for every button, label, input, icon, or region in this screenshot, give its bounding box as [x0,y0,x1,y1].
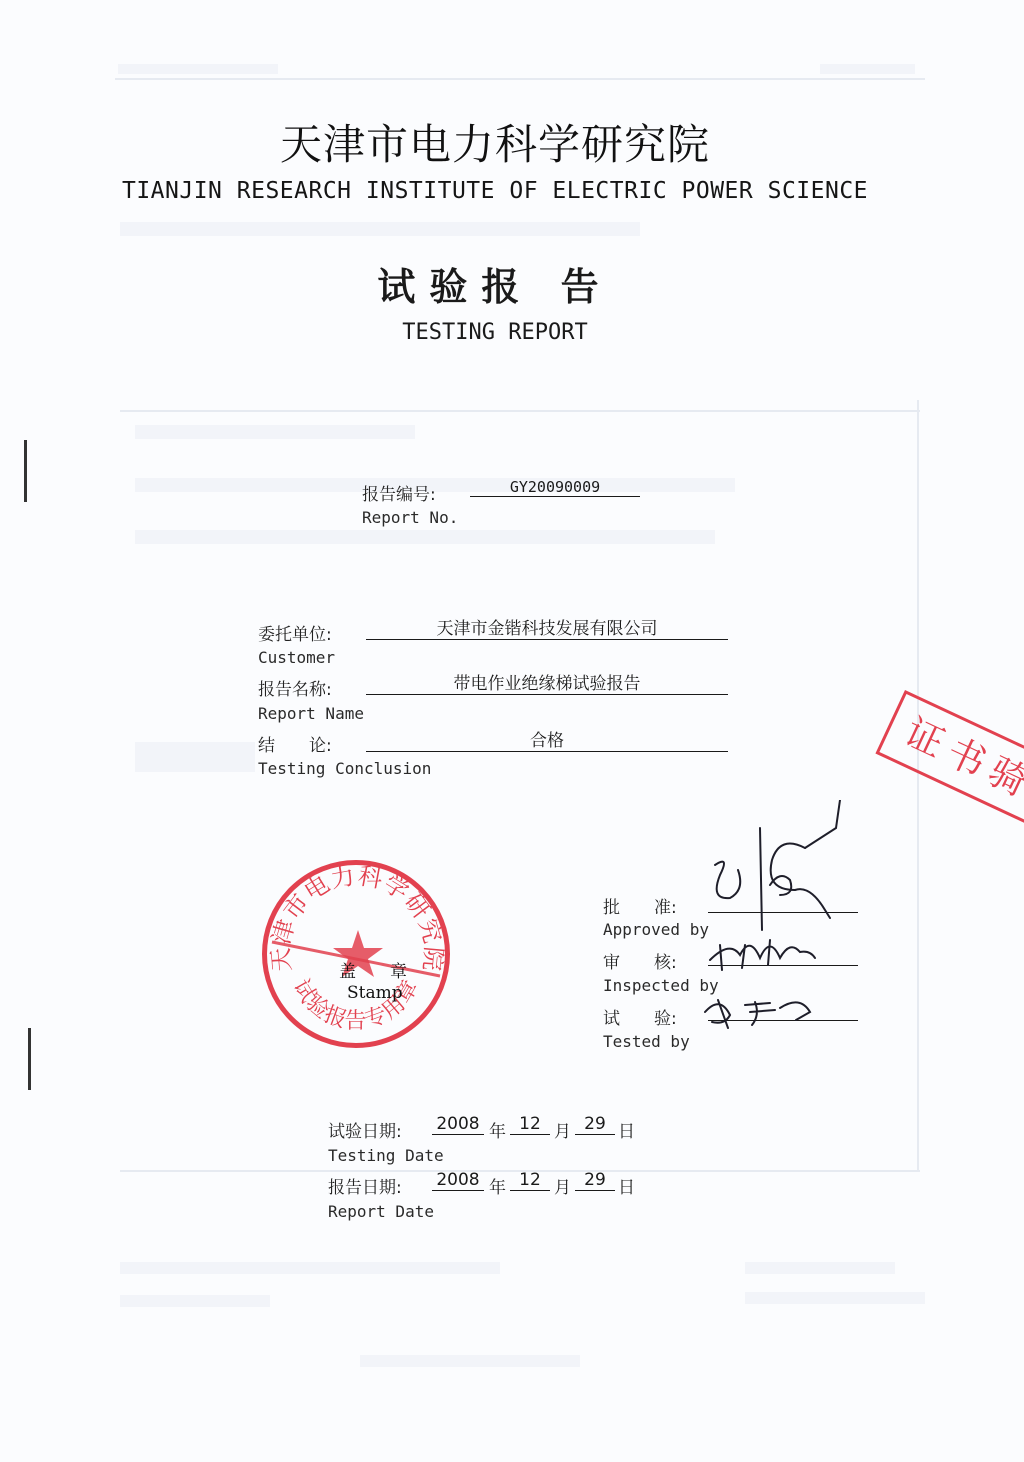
customer-value: 天津市金锴科技发展有限公司 [366,614,728,640]
report-name-label-cn: 报告名称: [258,675,332,700]
seal-graphic: 天津市电力科学研究院 试验报告专用章 [262,860,450,1048]
bleed-through-rule [115,78,925,80]
bleed-through-text [820,64,915,74]
report-date-month: 12 [510,1170,550,1191]
bleed-through-rule [120,410,920,412]
report-date-day: 29 [575,1170,615,1191]
month-unit: 月 [554,1173,571,1198]
bleed-through-text [120,1295,270,1307]
bleed-through-text [118,64,278,74]
report-name-label-en: Report Name [258,704,364,723]
report-title-cn: 试验报 告 [0,256,990,311]
conclusion-label-cn: 结 论: [258,731,332,756]
institute-name-cn: 天津市电力科学研究院 [0,112,990,172]
report-name-value: 带电作业绝缘梯试验报告 [366,669,728,695]
conclusion-label-en: Testing Conclusion [258,759,431,778]
tested-label-en: Tested by [603,1032,690,1051]
binding-mark [28,1028,31,1090]
approved-label-en: Approved by [603,920,709,939]
bleed-through-text [360,1355,580,1367]
testing-date-label-en: Testing Date [328,1146,444,1165]
report-no-value: GY20090009 [470,478,640,497]
year-unit: 年 [489,1173,506,1198]
binding-mark [24,440,27,502]
seal-center-cn: 盖 章 [339,957,407,982]
report-no-label-cn: 报告编号: [362,480,436,505]
certificate-seam-stamp: 证书骑 [875,690,1024,825]
testing-date-day: 29 [575,1114,615,1135]
bleed-through-text [120,222,640,236]
approved-label-cn: 批 准: [603,893,677,918]
institute-name-en: TIANJIN RESEARCH INSTITUTE OF ELECTRIC P… [0,178,990,204]
conclusion-value: 合格 [366,726,728,752]
bleed-through-text [120,1262,500,1274]
inspected-label-cn: 审 核: [603,948,677,973]
report-date-year: 2008 [432,1170,484,1191]
bleed-through-text [135,530,715,544]
customer-label-en: Customer [258,648,335,667]
day-unit: 日 [618,1117,635,1142]
customer-label-cn: 委托单位: [258,620,332,645]
bleed-through-text [745,1262,895,1274]
year-unit: 年 [489,1117,506,1142]
month-unit: 月 [554,1117,571,1142]
handwritten-signatures [700,800,880,1040]
report-no-label-en: Report No. [362,508,458,527]
testing-date-month: 12 [510,1114,550,1135]
testing-date-label-cn: 试验日期: [328,1117,402,1142]
official-seal: 天津市电力科学研究院 试验报告专用章 盖 章 Stamp [262,860,450,1048]
seal-center-en: Stamp [347,983,403,1003]
report-date-label-en: Report Date [328,1202,434,1221]
report-date-label-cn: 报告日期: [328,1173,402,1198]
day-unit: 日 [618,1173,635,1198]
bleed-through-text [135,425,415,439]
bleed-through-text [745,1292,925,1304]
tested-label-cn: 试 验: [603,1004,677,1029]
bleed-through-text [135,742,255,772]
bleed-through-rule [917,400,919,1170]
testing-date-year: 2008 [432,1114,484,1135]
report-title-en: TESTING REPORT [0,320,990,345]
